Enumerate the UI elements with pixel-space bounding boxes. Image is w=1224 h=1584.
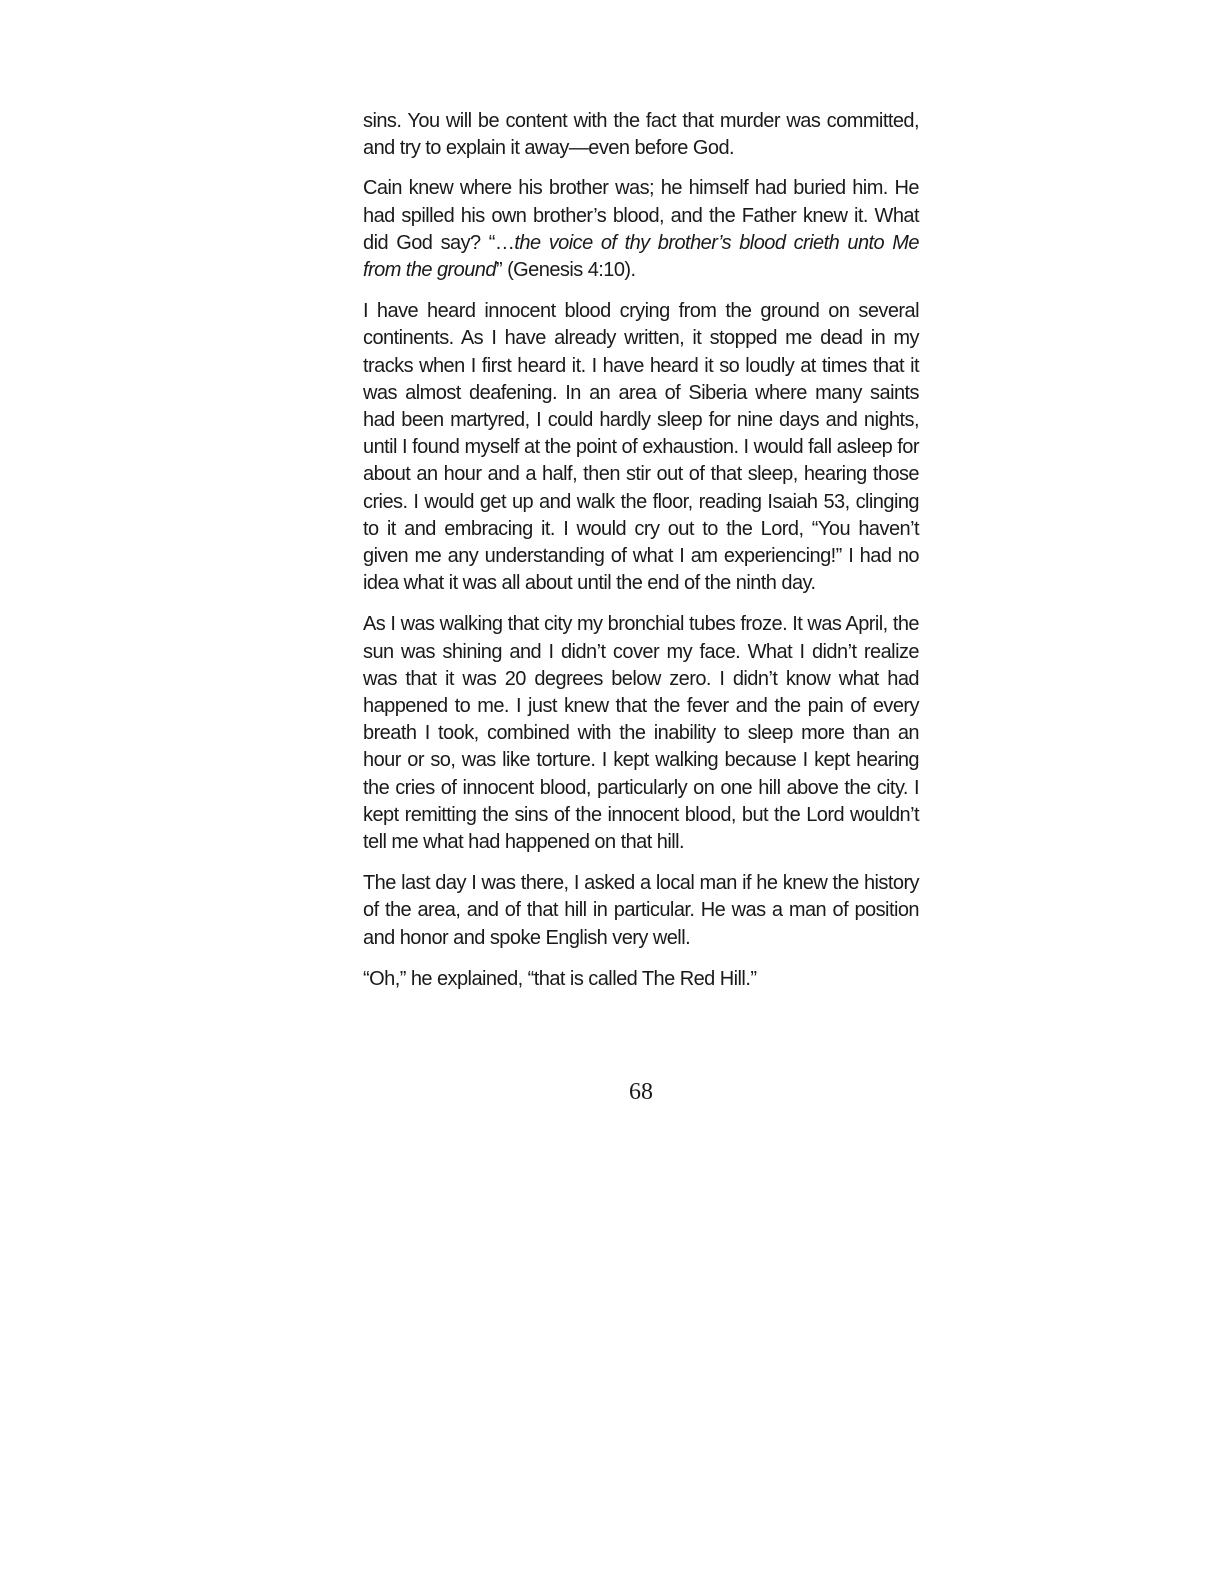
page-number: 68 [0, 1078, 1224, 1106]
book-page: sins. You will be content with the fact … [0, 0, 1224, 1584]
paragraph-innocent-blood: I have heard innocent blood crying from … [363, 298, 919, 597]
paragraph-walking-city: As I was walking that city my bronchial … [363, 611, 919, 856]
paragraph-last-day: The last day I was there, I asked a loca… [363, 870, 919, 952]
paragraph-red-hill: “Oh,” he explained, “that is called The … [363, 966, 919, 993]
paragraph-sins: sins. You will be content with the fact … [363, 108, 919, 162]
scripture-citation: ” (Genesis 4:10). [496, 259, 636, 281]
body-text: sins. You will be content with the fact … [363, 108, 919, 993]
paragraph-cain: Cain knew where his brother was; he hims… [363, 175, 919, 284]
